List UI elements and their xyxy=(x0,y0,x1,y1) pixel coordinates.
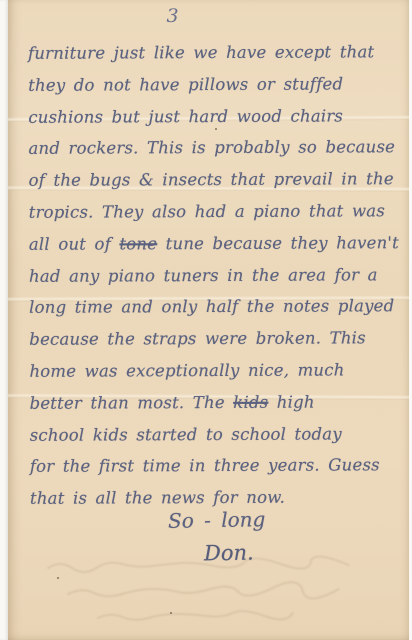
letter-body: furniture just like we have except thatt… xyxy=(28,36,402,515)
closing-line: So - long xyxy=(168,507,266,533)
letter-paper: 3 furniture just like we have except tha… xyxy=(8,0,409,640)
page-number: 3 xyxy=(0,5,373,27)
letter-line: better than most. The kids high xyxy=(29,386,401,419)
scanned-letter-page: 3 furniture just like we have except tha… xyxy=(0,0,412,640)
scan-border-left xyxy=(0,0,8,640)
letter-line: of the bugs & insects that prevail in th… xyxy=(29,163,401,196)
letter-line: had any piano tuners in the area for a xyxy=(29,259,401,292)
letter-line: they do not have pillows or stuffed xyxy=(28,68,400,101)
letter-line: all out of tone tune because they haven'… xyxy=(29,227,401,260)
letter-line: tropics. They also had a piano that was xyxy=(29,195,401,228)
letter-line: long time and only half the notes played xyxy=(29,291,401,324)
signature: Don. xyxy=(204,541,254,566)
letter-line: school kids started to school today xyxy=(30,418,402,451)
letter-line: for the first time in three years. Guess xyxy=(30,450,402,483)
ink-speck xyxy=(170,612,172,614)
ink-speck xyxy=(57,577,59,579)
letter-line: home was exceptionally nice, much xyxy=(29,354,401,387)
letter-line: because the straps were broken. This xyxy=(29,322,401,355)
ink-speck xyxy=(215,128,217,130)
letter-line: and rockers. This is probably so because xyxy=(28,132,400,165)
letter-line: furniture just like we have except that xyxy=(28,36,400,69)
